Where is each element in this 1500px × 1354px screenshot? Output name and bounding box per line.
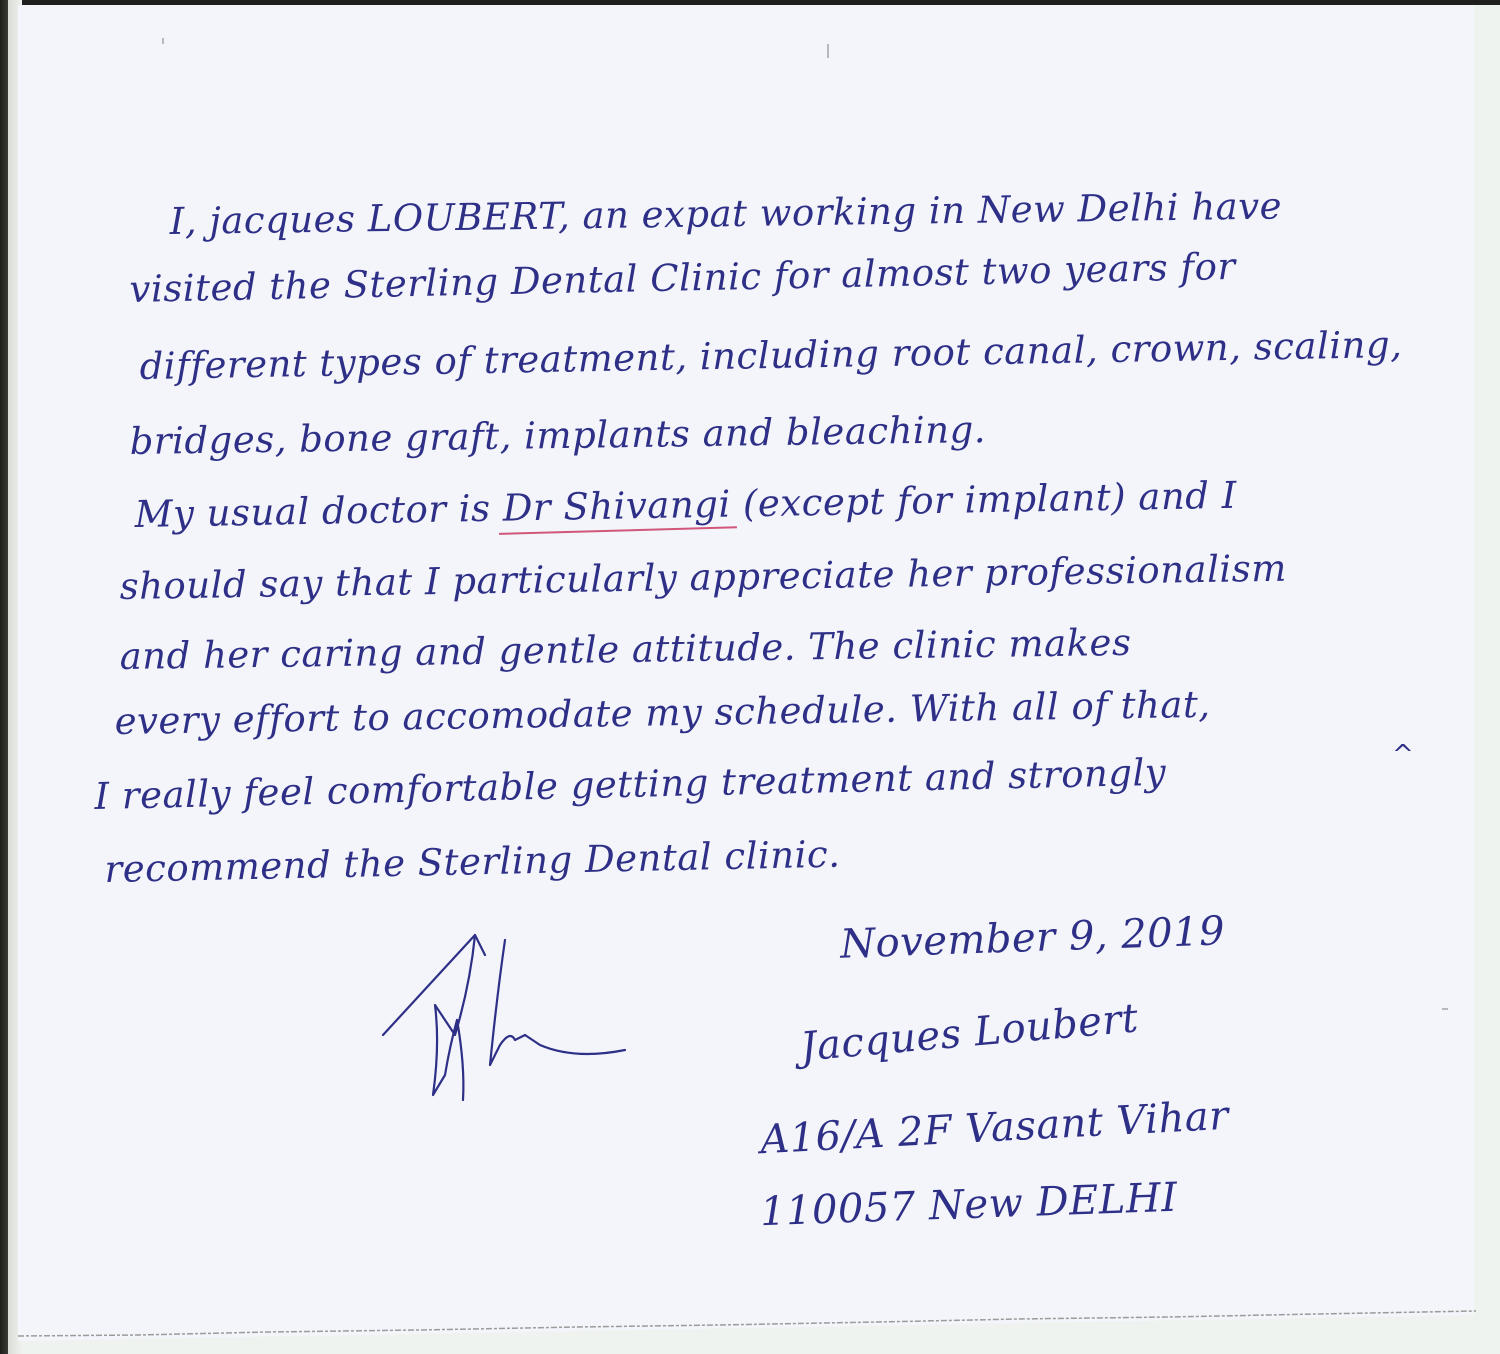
scan-speck xyxy=(827,44,829,58)
insertion-caret-mark: ^ xyxy=(1392,740,1414,770)
doctor-name: Dr Shivangi xyxy=(502,483,731,530)
scan-top-edge xyxy=(0,0,1500,5)
signature-icon xyxy=(375,925,635,1145)
letter-line-prefix: My usual doctor is xyxy=(134,487,491,536)
scan-speck xyxy=(1442,1008,1448,1010)
doctor-name-text: Dr Shivangi xyxy=(502,483,731,530)
letter-line-suffix: (except for implant) and I xyxy=(743,474,1238,526)
scan-speck xyxy=(162,38,164,44)
scan-left-edge xyxy=(0,0,8,1354)
